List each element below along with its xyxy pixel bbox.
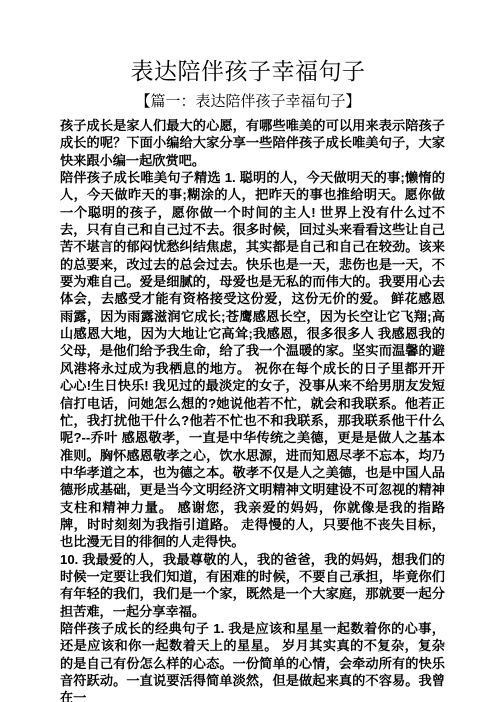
document-body: 孩子成长是家人们最大的心愿，有哪些唯美的可以用来表示陪孩子成长的呢？下面小编给大… (60, 117, 445, 702)
section-heading: 【篇一：表达陪伴孩子幸福句子】 (0, 91, 496, 113)
body-paragraph: 陪伴孩子成长唯美句子精选 1. 聪明的人，今天做明天的事;懒惰的人，今天做昨天的… (60, 169, 445, 551)
document-title: 表达陪伴孩子幸福句子 (0, 55, 496, 89)
document-page: 表达陪伴孩子幸福句子 【篇一：表达陪伴孩子幸福句子】 孩子成长是家人们最大的心愿… (0, 0, 496, 702)
body-paragraph: 陪伴孩子成长的经典句子 1. 我是应该和星星一起数着你的心事，还是应该和你一起数… (60, 620, 445, 702)
body-paragraph: 孩子成长是家人们最大的心愿，有哪些唯美的可以用来表示陪孩子成长的呢？下面小编给大… (60, 117, 445, 169)
body-paragraph: 10. 我最爱的人，我最尊敬的人，我的爸爸，我的妈妈，想我们的时候一定要让我们知… (60, 551, 445, 620)
